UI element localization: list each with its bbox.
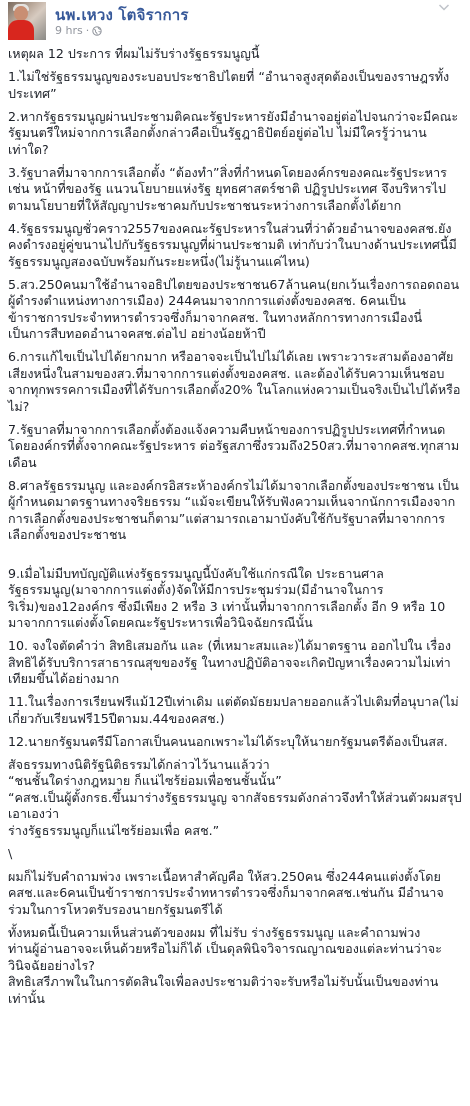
reason-2: 2.หากรัฐธรรมนูญผ่านประชามติคณะรัฐประหารย… xyxy=(8,109,463,159)
avatar-shirt xyxy=(8,20,34,40)
extra-question-paragraph: ผมก็ไม่รับคำถามพ่วง เพราะเนื้อหาสำคัญคือ… xyxy=(8,869,463,919)
reason-6: 6.การแก้ไขเป็นไปได้ยากมาก หรืออาจจะเป็นไ… xyxy=(8,349,463,415)
reason-3: 3.รัฐบาลที่มาจากการเลือกตั้ง “ต้องทำ”สิ่… xyxy=(8,165,463,215)
reason-4: 4.รัฐธรรมนูญชั่วคราว2557ของคณะรัฐประหารใ… xyxy=(8,221,463,271)
post-header: นพ.เหวง โตจิราการ 9 hrs · xyxy=(0,0,470,40)
chevron-down-icon[interactable] xyxy=(438,2,450,12)
stray-backslash: \ xyxy=(8,846,463,863)
reason-10: 10. จงใจตัดคำว่า สิทธิเสมอกัน และ (ที่เห… xyxy=(8,638,463,688)
post-headline: เหตุผล 12 ประการ ที่ผมไม่รับร่างรัฐธรรมน… xyxy=(8,46,463,63)
author-avatar[interactable] xyxy=(8,2,46,40)
reason-5: 5.สว.250คนมาใช้อำนาจอธิปไตยของประชาชน67ล… xyxy=(8,277,463,343)
reason-9: 9.เมื่อไม่มีบทบัญญัติแห่งรัฐธรรมนูญนี้บั… xyxy=(8,566,463,632)
post-meta: 9 hrs · xyxy=(55,24,102,37)
post-timestamp[interactable]: 9 hrs xyxy=(55,24,83,37)
reason-1: 1.ไม่ใช่รัฐธรรมนูญของระบอบประชาธิปไตยที่… xyxy=(8,69,463,102)
globe-icon[interactable] xyxy=(92,26,102,36)
avatar-face xyxy=(14,6,28,21)
closing-paragraph: ทั้งหมดนี้เป็นความเห็นส่วนตัวของผม ที่ไม… xyxy=(8,925,463,1008)
meta-separator: · xyxy=(86,24,90,37)
reason-7: 7.รัฐบาลที่มาจากการเลือกตั้งต้องแจ้งความ… xyxy=(8,422,463,472)
post-body: เหตุผล 12 ประการ ที่ผมไม่รับร่างรัฐธรรมน… xyxy=(8,46,463,1007)
reason-12: 12.นายกรัฐมนตรีมีโอกาสเป็นคนนอกเพราะไม่ไ… xyxy=(8,734,463,751)
reason-11: 11.ในเรื่องการเรียนฟรีแม้12ปีเท่าเดิม แต… xyxy=(8,694,463,727)
quote-paragraph: สัจธรรมทางนิติรัฐนิติธรรมได้กล่าวไว้นานแ… xyxy=(8,757,463,840)
reason-8: 8.ศาลรัฐธรรมนูญ และองค์กรอิสระห้าองค์กรไ… xyxy=(8,478,463,544)
